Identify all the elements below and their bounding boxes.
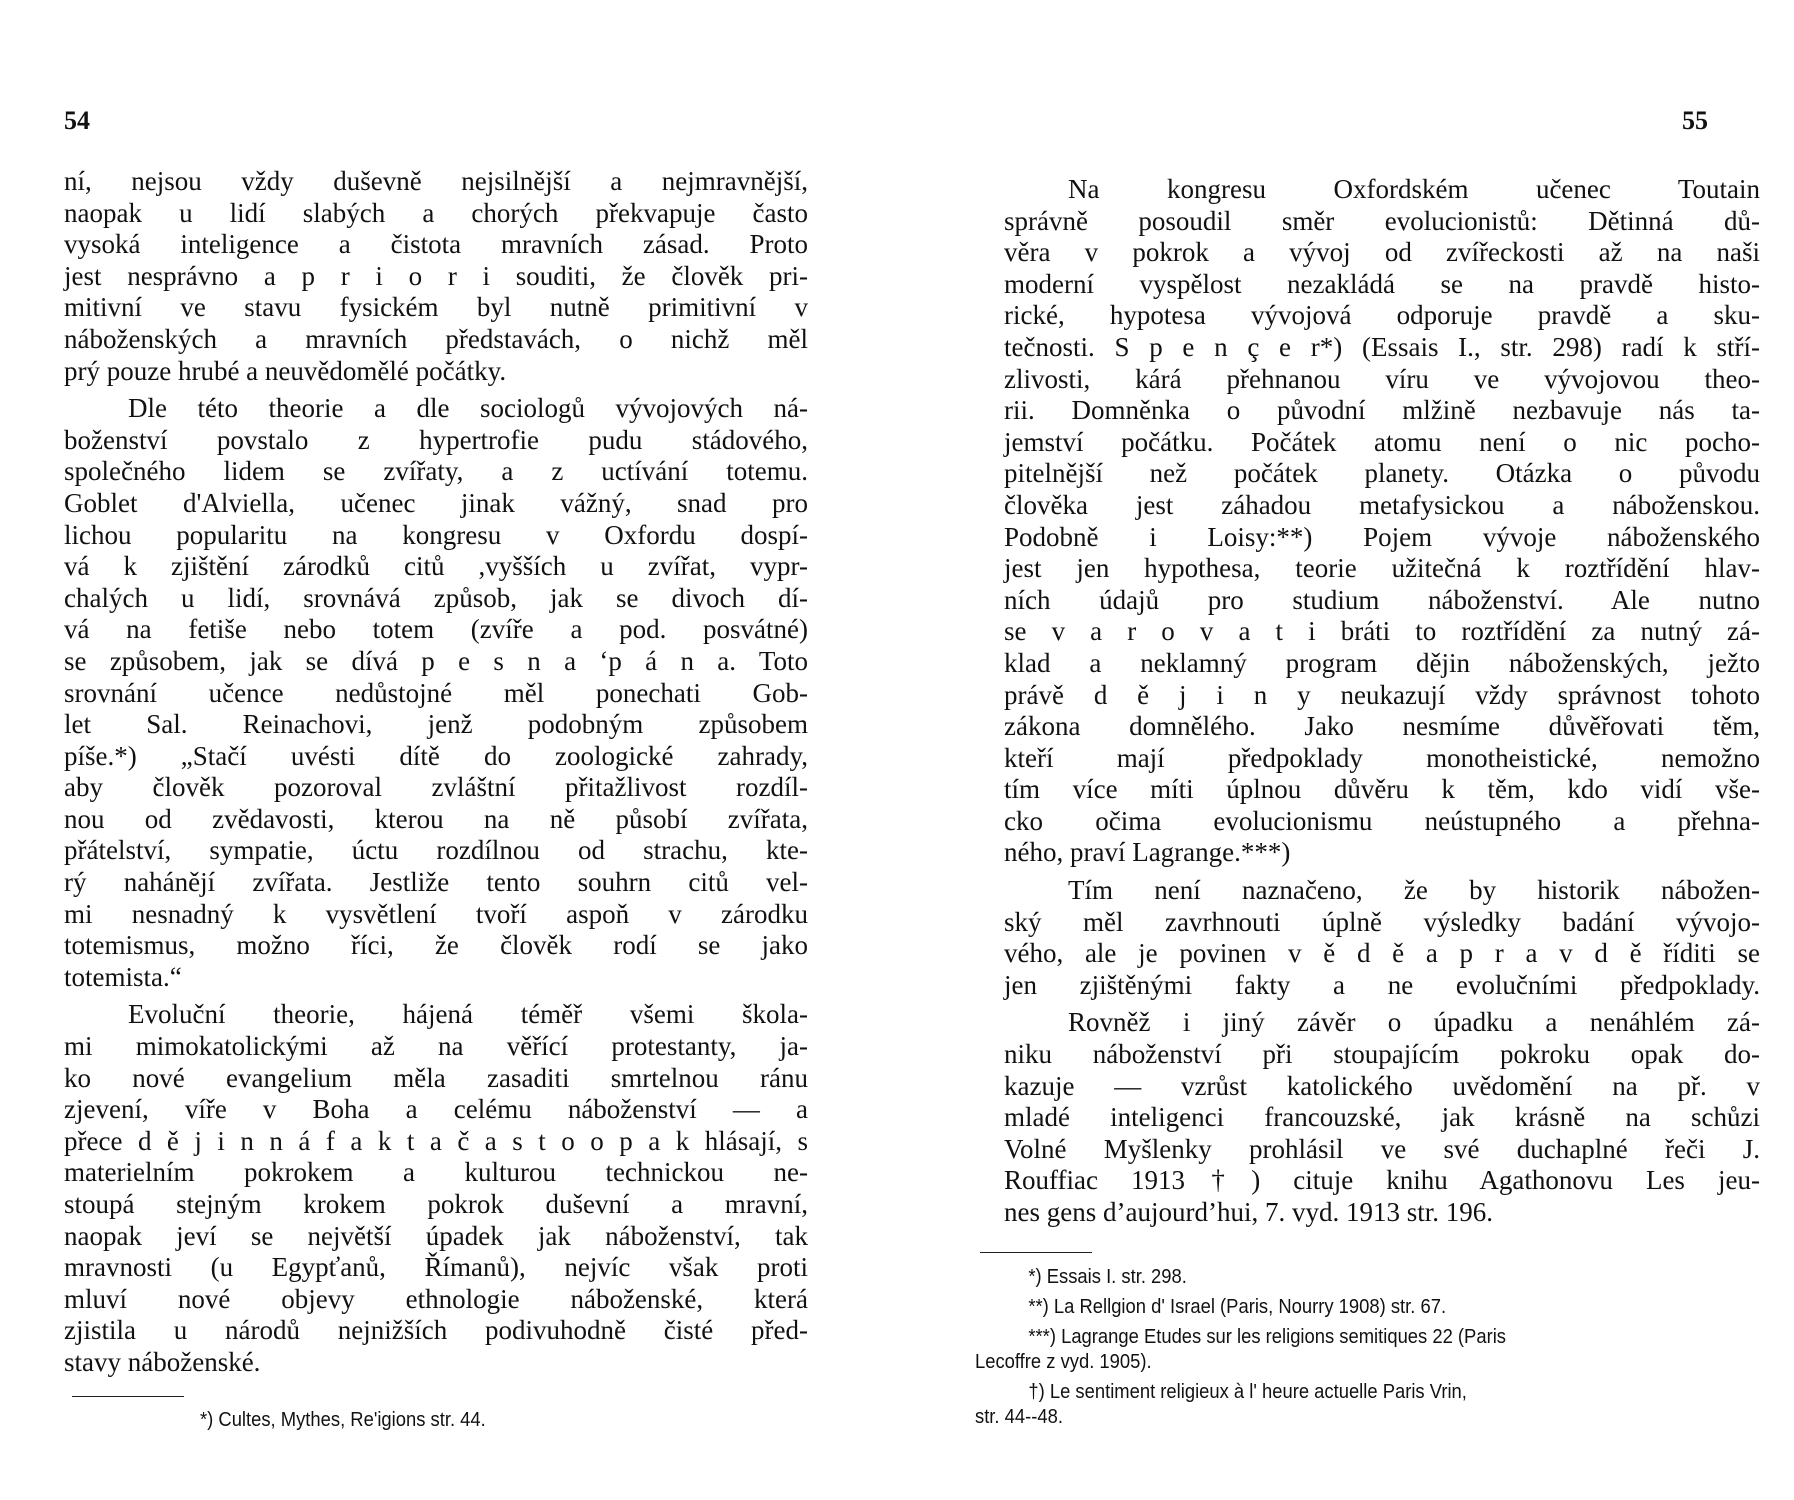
text-line: Volné Myšlenky prohlásil ve své duchapln…: [1004, 1134, 1760, 1166]
text-line: Rouffiac 1913†) cituje knihu Agathonovu …: [1004, 1165, 1760, 1197]
text-line: boženství povstalo z hypertrofie pudu st…: [64, 425, 808, 457]
text-line: naopak jeví se největší úpadek jak nábož…: [64, 1221, 808, 1253]
text-line: píše.*) „Stačí uvésti dítě do zoologické…: [64, 741, 808, 773]
text-line: mravnosti (u Egypťanů, Římanů), nejvíc v…: [64, 1252, 808, 1284]
text-line: zlivosti, kárá přehnanou víru ve vývojov…: [1004, 364, 1760, 396]
right-page-body: Na kongresu Oxfordském učenec Toutainspr…: [1004, 174, 1760, 1229]
text-line: tečnosti. S p e n ç e r*) (Essais I., st…: [1004, 332, 1760, 364]
footnote: ***) Lagrange Etudes sur les religions s…: [975, 1325, 1674, 1350]
text-line: nes gens d’aujourd’hui, 7. vyd. 1913 str…: [1004, 1197, 1760, 1229]
text-line: přece d ě j i n n á f a k t a č a s t o …: [64, 1126, 808, 1158]
text-line: aby člověk pozoroval zvláštní přitažlivo…: [64, 772, 808, 804]
text-line: jest jen hypothesa, teorie užitečná k ro…: [1004, 553, 1760, 585]
text-line: mluví nové objevy ethnologie náboženské,…: [64, 1284, 808, 1316]
text-line: Dle této theorie a dle sociologů vývojov…: [64, 393, 808, 425]
text-line: prý pouze hrubé a neuvědomělé počátky.: [64, 356, 808, 388]
left-footnotes: *) Cultes, Mythes, Re'igions str. 44.: [200, 1408, 511, 1433]
right-footnotes: *) Essais I. str. 298.**) La Rellgion d'…: [975, 1265, 1735, 1430]
text-line: zjevení, víře v Boha a celému náboženstv…: [64, 1094, 808, 1126]
text-line: mitivní ve stavu fysickém byl nutně prim…: [64, 292, 808, 324]
text-line: ní, nejsou vždy duševně nejsilnější a ne…: [64, 166, 808, 198]
text-line: právě d ě j i n y neukazují vždy správno…: [1004, 680, 1760, 712]
text-line: mladé inteligenci francouzské, jak krásn…: [1004, 1102, 1760, 1134]
page-number-right: 55: [1682, 106, 1708, 136]
text-line: Podobně i Loisy:**) Pojem vývoje nábožen…: [1004, 522, 1760, 554]
text-line: mi nesnadný k vysvětlení tvoří aspoň v z…: [64, 899, 808, 931]
text-line: věra v pokrok a vývoj od zvířeckosti až …: [1004, 237, 1760, 269]
text-line: pitelnější než počátek planety. Otázka o…: [1004, 458, 1760, 490]
text-line: náboženských a mravních představách, o n…: [64, 324, 808, 356]
text-line: tím více míti úplnou důvěru k těm, kdo v…: [1004, 774, 1760, 806]
text-line: rické, hypotesa vývojová odporuje pravdě…: [1004, 300, 1760, 332]
text-line: niku náboženství při stoupajícím pokroku…: [1004, 1039, 1760, 1071]
text-line: jen zjištěnými fakty a ne evolučními pře…: [1004, 970, 1760, 1002]
text-line: vá na fetiše nebo totem (zvíře a pod. po…: [64, 614, 808, 646]
footnote: *) Essais I. str. 298.: [975, 1265, 1674, 1290]
footnote-divider-right: [980, 1252, 1092, 1253]
text-line: kazuje — vzrůst katolického uvědomění na…: [1004, 1071, 1760, 1103]
footnote: †) Le sentiment religieux à l' heure act…: [975, 1380, 1674, 1405]
text-line: Tím není naznačeno, že by historik nábož…: [1004, 875, 1760, 907]
footnote: **) La Rellgion d' Israel (Paris, Nourry…: [975, 1295, 1674, 1320]
text-line: Rovněž i jiný závěr o úpadku a nenáhlém …: [1004, 1007, 1760, 1039]
text-line: Goblet d'Alviella, učenec jinak vážný, s…: [64, 488, 808, 520]
text-line: nou od zvědavosti, kterou na ně působí z…: [64, 804, 808, 836]
text-line: vysoká inteligence a čistota mravních zá…: [64, 229, 808, 261]
text-line: vá k zjištění zárodků citů ,vyšších u zv…: [64, 551, 808, 583]
text-line: správně posoudil směr evolucionistů: Dět…: [1004, 206, 1760, 238]
text-line: lichou popularitu na kongresu v Oxfordu …: [64, 520, 808, 552]
text-line: jemství počátku. Počátek atomu není o ni…: [1004, 427, 1760, 459]
text-line: srovnání učence nedůstojné měl ponechati…: [64, 678, 808, 710]
text-line: moderní vyspělost nezakládá se na pravdě…: [1004, 269, 1760, 301]
text-line: ních údajů pro studium náboženství. Ale …: [1004, 585, 1760, 617]
text-line: se způsobem, jak se dívá p e s n a ‘p á …: [64, 646, 808, 678]
text-line: zjistila u národů nejnižších podivuhodně…: [64, 1315, 808, 1347]
text-line: se v a r o v a t i bráti to roztřídění z…: [1004, 616, 1760, 648]
text-line: totemismus, možno říci, že člověk rodí s…: [64, 930, 808, 962]
text-line: materielním pokrokem a kulturou technick…: [64, 1157, 808, 1189]
text-line: přátelství, sympatie, úctu rozdílnou od …: [64, 835, 808, 867]
text-line: zákona domnělého. Jako nesmíme důvěřovat…: [1004, 711, 1760, 743]
text-line: let Sal. Reinachovi, jenž podobným způso…: [64, 709, 808, 741]
text-line: ko nové evangelium měla zasaditi smrteln…: [64, 1063, 808, 1095]
text-line: stoupá stejným krokem pokrok duševní a m…: [64, 1189, 808, 1221]
footnote: *) Cultes, Mythes, Re'igions str. 44.: [200, 1408, 486, 1433]
text-line: Evoluční theorie, hájená téměř všemi ško…: [64, 999, 808, 1031]
text-line: společného lidem se zvířaty, a z uctíván…: [64, 456, 808, 488]
left-page-body: ní, nejsou vždy duševně nejsilnější a ne…: [64, 166, 808, 1379]
text-line: jest nesprávno a p r i o r i souditi, že…: [64, 261, 808, 293]
footnote: Lecoffre z vyd. 1905).: [975, 1350, 1674, 1375]
text-line: mi mimokatolickými až na věřící protesta…: [64, 1031, 808, 1063]
text-line: vého, ale je povinen v ě d ě a p r a v d…: [1004, 938, 1760, 970]
text-line: cko očima evolucionismu neústupného a př…: [1004, 806, 1760, 838]
text-line: kteří mají předpoklady monotheistické, n…: [1004, 743, 1760, 775]
text-line: rii. Domněnka o původní mlžině nezbavuje…: [1004, 395, 1760, 427]
text-line: rý nahánějí zvířata. Jestliže tento souh…: [64, 867, 808, 899]
text-line: ský měl zavrhnouti úplně výsledky badání…: [1004, 907, 1760, 939]
text-line: stavy náboženské.: [64, 1347, 808, 1379]
text-line: chalých u lidí, srovnává způsob, jak se …: [64, 583, 808, 615]
text-line: ného, praví Lagrange.***): [1004, 837, 1760, 869]
text-line: naopak u lidí slabých a chorých překvapu…: [64, 198, 808, 230]
footnote-divider-left: [72, 1396, 184, 1397]
footnote: str. 44--48.: [975, 1405, 1674, 1430]
text-line: totemista.“: [64, 962, 808, 994]
text-line: člověka jest záhadou metafysickou a nábo…: [1004, 490, 1760, 522]
text-line: klad a neklamný program dějin náboženský…: [1004, 648, 1760, 680]
page-number-left: 54: [64, 106, 90, 136]
text-line: Na kongresu Oxfordském učenec Toutain: [1004, 174, 1760, 206]
